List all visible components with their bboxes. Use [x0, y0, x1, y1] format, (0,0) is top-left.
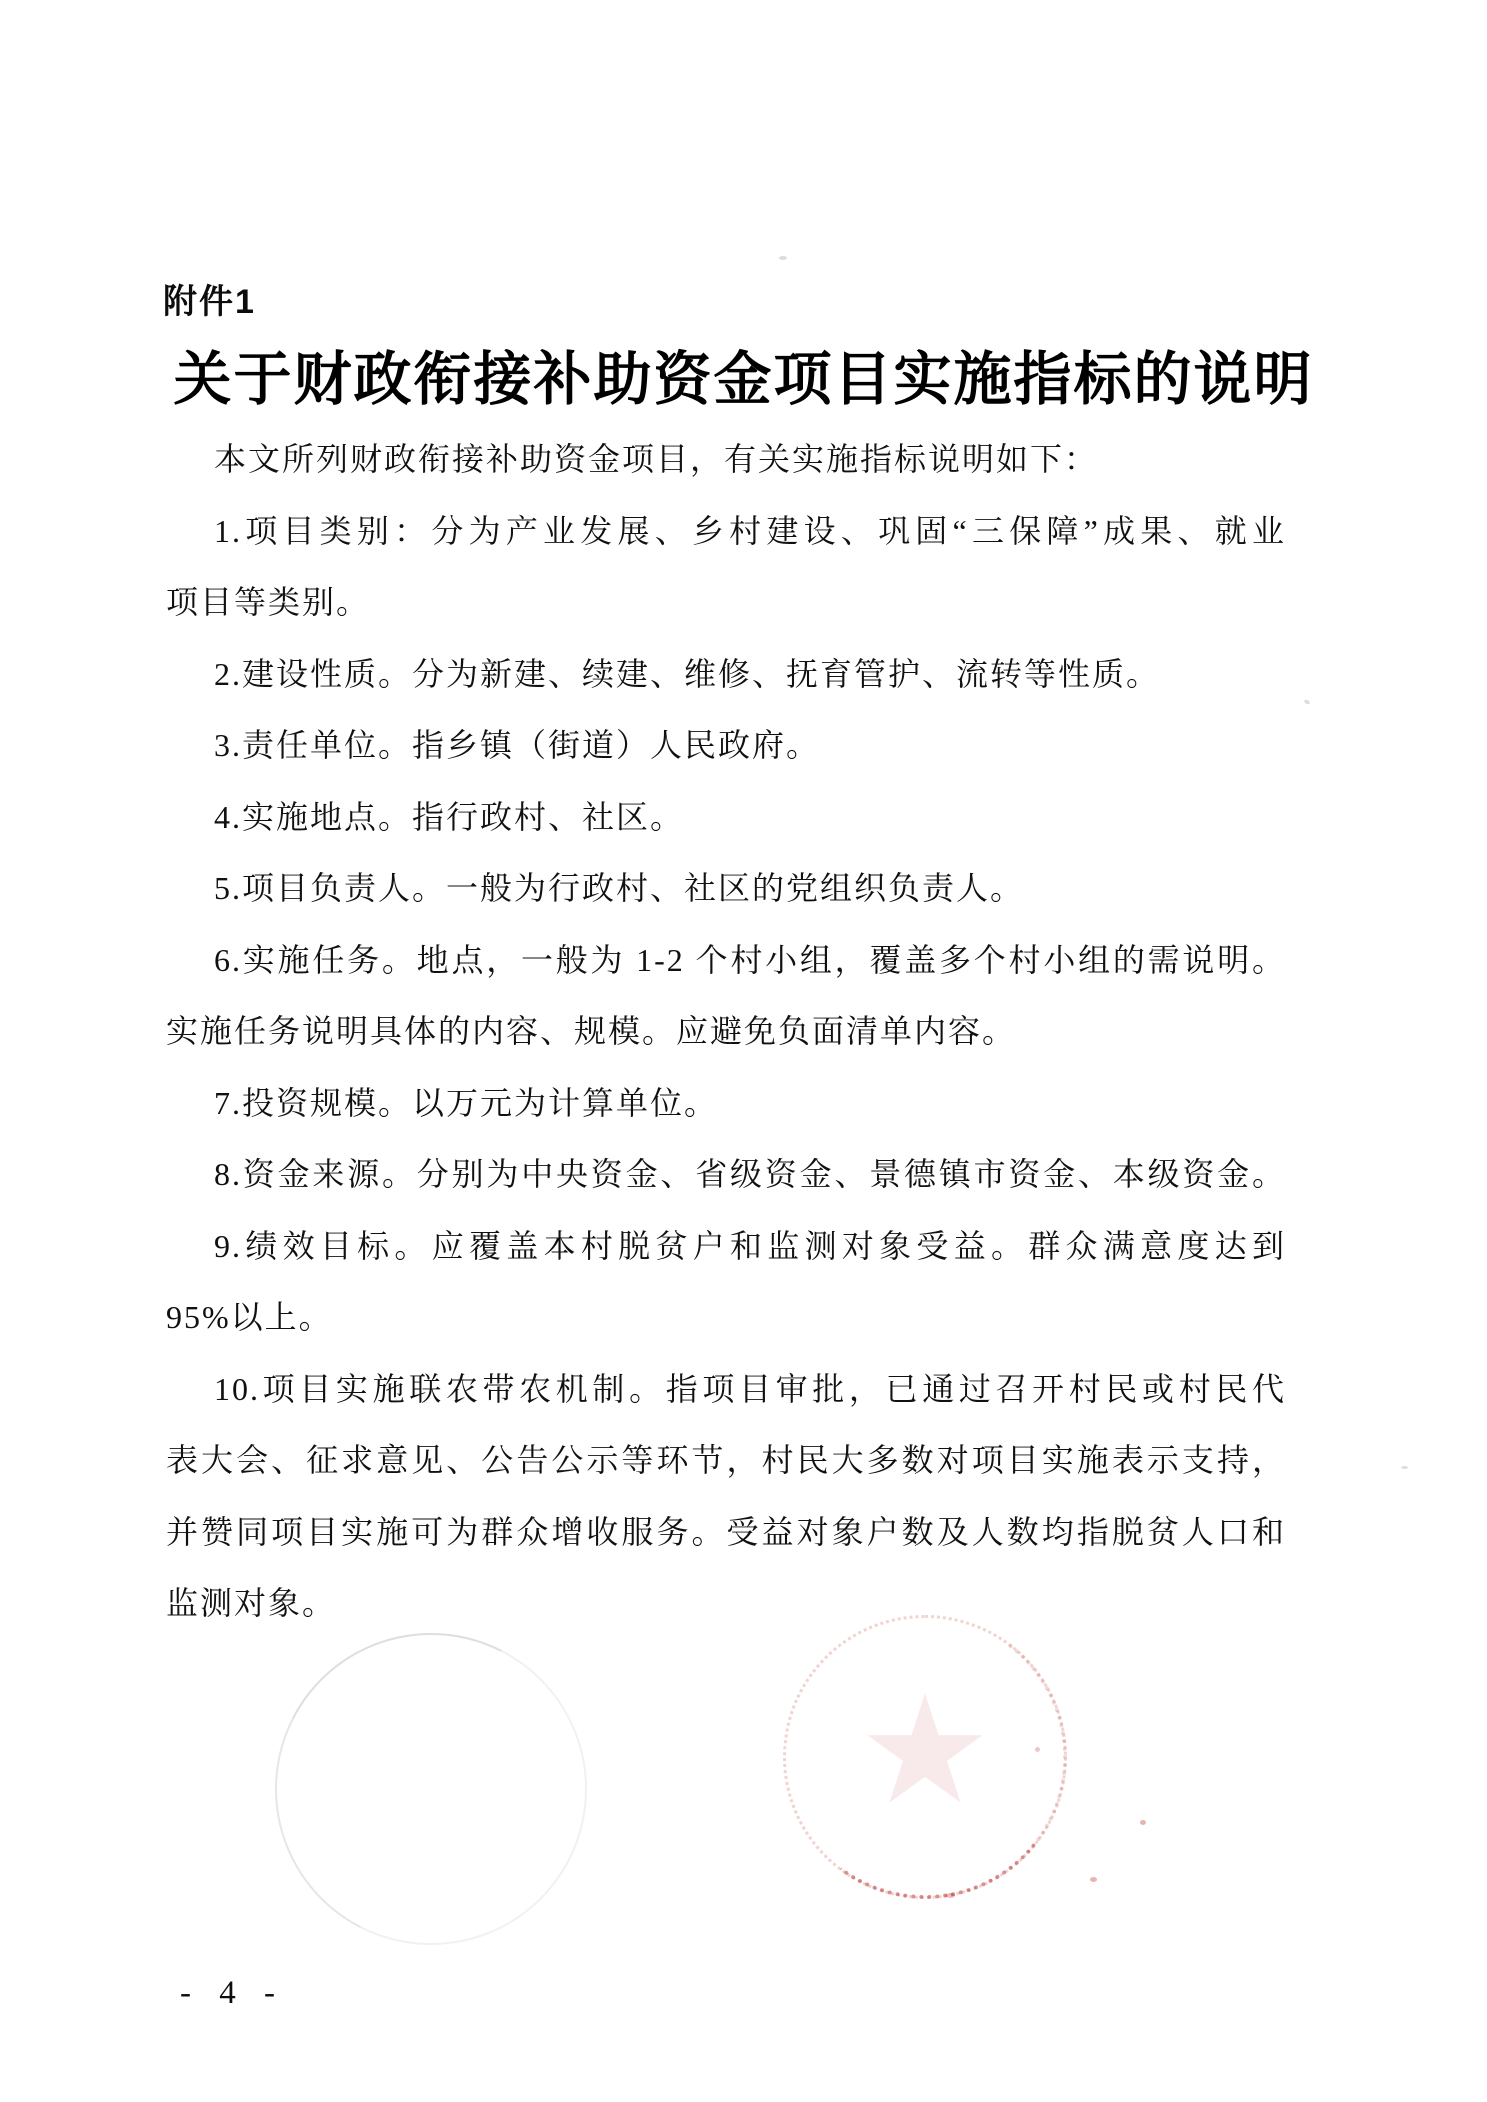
body-line-10: 7.投资规模。以万元为计算单位。: [166, 1068, 1286, 1140]
body-line-2: 1.项目类别：分为产业发展、乡村建设、巩固“三保障”成果、就业: [166, 496, 1286, 568]
seal-ink-speck: [1090, 1877, 1097, 1882]
body-line-4: 2.建设性质。分为新建、续建、维修、抚育管护、流转等性质。: [166, 639, 1286, 711]
document-title: 关于财政衔接补助资金项目实施指标的说明: [0, 332, 1487, 416]
document-body: 本文所列财政衔接补助资金项目，有关实施指标说明如下： 1.项目类别：分为产业发展…: [166, 424, 1286, 1640]
seal-ink-speck: [946, 1893, 955, 1898]
scan-artifact: [779, 256, 787, 260]
body-line-7: 5.项目负责人。一般为行政村、社区的党组织负责人。: [166, 853, 1286, 925]
body-line-17: 监测对象。: [166, 1568, 1286, 1640]
page-number: - 4 -: [180, 1975, 285, 2012]
attachment-label: 附件1: [163, 274, 256, 323]
scan-artifact: [1303, 699, 1310, 705]
body-line-9: 实施任务说明具体的内容、规模。应避免负面清单内容。: [166, 996, 1286, 1068]
document-page: 附件1 关于财政衔接补助资金项目实施指标的说明 本文所列财政衔接补助资金项目，有…: [0, 0, 1487, 2102]
seal-ink-speck: [1140, 1820, 1146, 1825]
body-line-11: 8.资金来源。分别为中央资金、省级资金、景德镇市资金、本级资金。: [166, 1139, 1286, 1211]
body-line-3: 项目等类别。: [166, 567, 1286, 639]
seal-ink-speck: [1035, 1747, 1040, 1752]
body-line-13: 95%以上。: [166, 1282, 1286, 1354]
body-line-12: 9.绩效目标。应覆盖本村脱贫户和监测对象受益。群众满意度达到: [166, 1211, 1286, 1283]
body-line-8: 6.实施任务。地点，一般为 1-2 个村小组，覆盖多个村小组的需说明。: [166, 925, 1286, 997]
body-line-15: 表大会、征求意见、公告公示等环节，村民大多数对项目实施表示支持，: [166, 1425, 1286, 1497]
body-line-6: 4.实施地点。指行政村、社区。: [166, 782, 1286, 854]
body-line-16: 并赞同项目实施可为群众增收服务。受益对象户数及人数均指脱贫人口和: [166, 1497, 1286, 1569]
seal-star-icon: ★: [858, 1676, 992, 1826]
scan-artifact: [1401, 1466, 1408, 1469]
body-line-5: 3.责任单位。指乡镇（街道）人民政府。: [166, 710, 1286, 782]
body-line-1: 本文所列财政衔接补助资金项目，有关实施指标说明如下：: [166, 424, 1286, 496]
ghost-stamp-circle: [275, 1633, 587, 1945]
body-line-14: 10.项目实施联农带农机制。指项目审批，已通过召开村民或村民代: [166, 1354, 1286, 1426]
official-seal: ★: [783, 1615, 1067, 1899]
